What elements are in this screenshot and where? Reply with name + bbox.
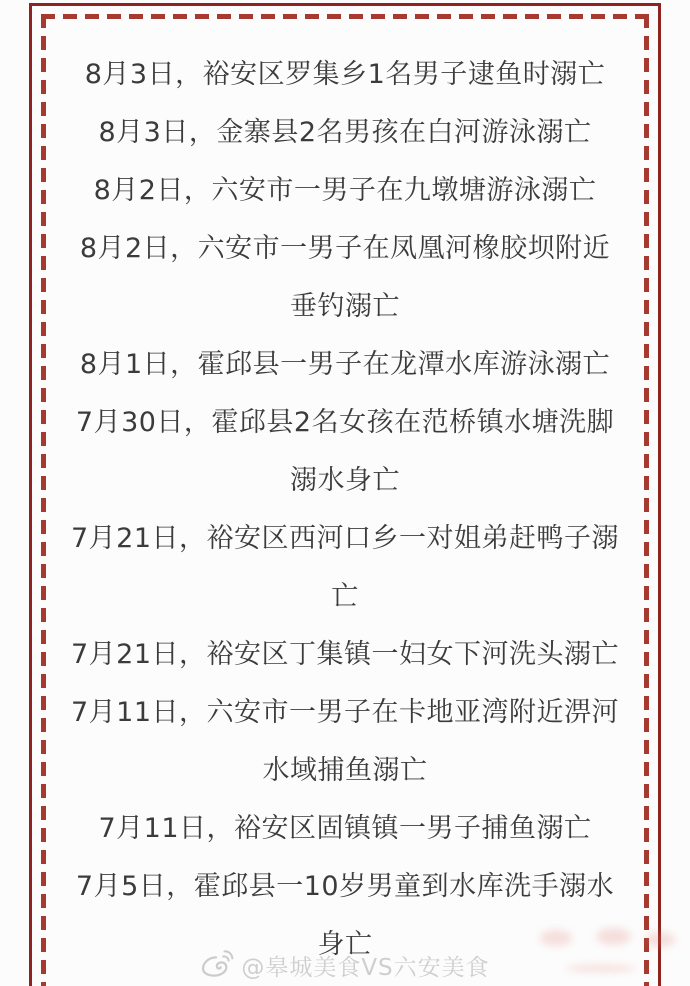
incident-entry: 7月21日，裕安区西河口乡一对姐弟赶鸭子溺 亡 [46, 510, 644, 626]
incident-entry: 7月11日，裕安区固镇镇一男子捕鱼溺亡 [46, 800, 644, 858]
incident-entry: 8月2日，六安市一男子在凤凰河橡胶坝附近 垂钓溺亡 [46, 220, 644, 336]
incident-list: 8月3日，裕安区罗集乡1名男子逮鱼时溺亡 8月3日，金寨县2名男孩在白河游泳溺亡… [46, 46, 644, 974]
incident-entry: 7月11日，六安市一男子在卡地亚湾附近淠河 水域捕鱼溺亡 [46, 684, 644, 800]
incident-entry: 8月2日，六安市一男子在九墩塘游泳溺亡 [46, 162, 644, 220]
incident-entry: 8月3日，金寨县2名男孩在白河游泳溺亡 [46, 104, 644, 162]
outer-solid-border-top [29, 3, 661, 6]
incident-entry: 8月1日，霍邱县一男子在龙潭水库游泳溺亡 [46, 336, 644, 394]
incident-entry: 7月5日，霍邱县一10岁男童到水库洗手溺水 身亡 [46, 858, 644, 974]
inner-dashed-border-top [41, 14, 649, 19]
outer-solid-border-left [29, 3, 32, 986]
incident-entry: 7月21日，裕安区丁集镇一妇女下河洗头溺亡 [46, 626, 644, 684]
incident-entry: 8月3日，裕安区罗集乡1名男子逮鱼时溺亡 [46, 46, 644, 104]
outer-solid-border-right [658, 3, 661, 986]
inner-dashed-border-right [644, 14, 649, 986]
incident-entry: 7月30日，霍邱县2名女孩在范桥镇水塘洗脚 溺水身亡 [46, 394, 644, 510]
